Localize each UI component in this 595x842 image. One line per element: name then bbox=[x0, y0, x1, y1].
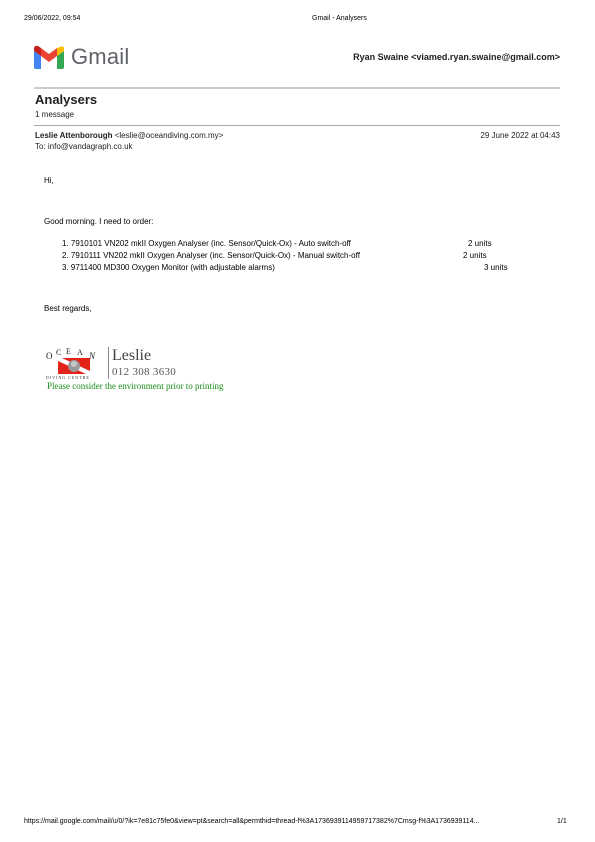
gmail-logo: Gmail bbox=[34, 44, 129, 70]
print-url: https://mail.google.com/mail/u/0/?ik=7e8… bbox=[24, 818, 479, 825]
message-sender: Leslie Attenborough <leslie@oceandiving.… bbox=[35, 131, 223, 140]
gmail-wordmark: Gmail bbox=[71, 44, 129, 70]
order-item: 3. 9711400 MD300 Oxygen Monitor (with ad… bbox=[62, 262, 522, 274]
message-date: 29 June 2022 at 04:43 bbox=[480, 131, 560, 140]
message-closing: Best regards, bbox=[44, 304, 92, 313]
message-greeting: Hi, bbox=[44, 176, 54, 185]
thread-subject: Analysers bbox=[35, 92, 97, 107]
ocean-diving-logo-icon: O C E A N DIVING CENTRE bbox=[44, 345, 106, 381]
svg-text:C: C bbox=[56, 348, 61, 357]
order-item-quantity: 3 units bbox=[484, 262, 508, 274]
print-datetime: 29/06/2022, 09:54 bbox=[24, 15, 80, 22]
message-count: 1 message bbox=[35, 110, 74, 119]
order-item-text: 9711400 MD300 Oxygen Monitor (with adjus… bbox=[71, 263, 275, 272]
sender-name: Leslie Attenborough bbox=[35, 131, 112, 140]
order-item-quantity: 2 units bbox=[468, 238, 492, 250]
order-item: 2. 7910111 VN202 mkII Oxygen Analyser (i… bbox=[62, 250, 522, 262]
message-recipient: To: info@vandagraph.co.uk bbox=[35, 142, 133, 151]
signature-divider bbox=[108, 347, 109, 379]
print-page-title: Gmail - Analysers bbox=[312, 15, 367, 22]
sender-email: <leslie@oceandiving.com.my> bbox=[115, 131, 224, 140]
order-list: 1. 7910101 VN202 mkII Oxygen Analyser (i… bbox=[62, 238, 522, 274]
order-item: 1. 7910101 VN202 mkII Oxygen Analyser (i… bbox=[62, 238, 522, 250]
thread-divider bbox=[34, 125, 560, 126]
gmail-m-logo-icon bbox=[34, 46, 64, 69]
order-item-text: 7910111 VN202 mkII Oxygen Analyser (inc.… bbox=[71, 251, 360, 260]
signature-environment-note: Please consider the environment prior to… bbox=[47, 381, 223, 391]
signature-name: Leslie bbox=[112, 347, 151, 365]
header-divider bbox=[34, 87, 560, 89]
signature-phone: 012 308 3630 bbox=[112, 366, 176, 378]
svg-text:A: A bbox=[77, 348, 83, 357]
account-label: Ryan Swaine <viamed.ryan.swaine@gmail.co… bbox=[353, 52, 560, 62]
order-item-quantity: 2 units bbox=[463, 250, 487, 262]
svg-text:E: E bbox=[66, 347, 71, 356]
svg-text:O: O bbox=[46, 351, 53, 361]
svg-text:DIVING CENTRE: DIVING CENTRE bbox=[46, 375, 90, 380]
message-intro: Good morning. I need to order: bbox=[44, 217, 153, 226]
order-item-number: 2. bbox=[62, 250, 69, 262]
page-number: 1/1 bbox=[557, 818, 567, 825]
order-item-number: 3. bbox=[62, 262, 69, 274]
order-item-text: 7910101 VN202 mkII Oxygen Analyser (inc.… bbox=[71, 239, 351, 248]
order-item-number: 1. bbox=[62, 238, 69, 250]
